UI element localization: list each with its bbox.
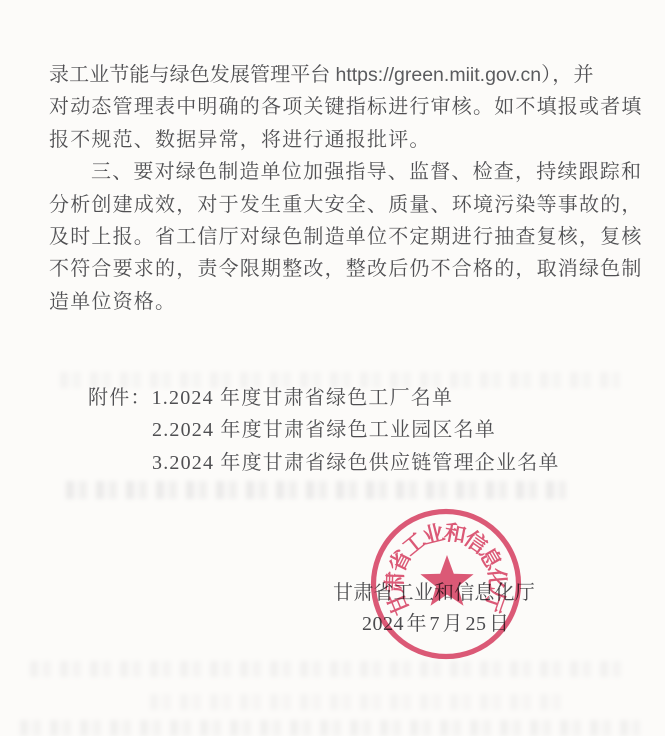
attachment-item: 2.2024 年度甘肃省绿色工业园区名单 <box>152 414 560 446</box>
attachment-item: 3.2024 年度甘肃省绿色供应链管理企业名单 <box>152 447 560 479</box>
body-line-2: 对动态管理表中明确的各项关键指标进行审核。如不填报或者填 <box>49 91 649 123</box>
body-line-4: 三、要对绿色制造单位加强指导、监督、检查，持续跟踪和 <box>49 156 649 188</box>
attachment-item: 1.2024 年度甘肃省绿色工厂名单 <box>152 387 454 409</box>
body-line-6: 及时上报。省工信厅对绿色制造单位不定期进行抽查复核，复核 <box>49 221 649 253</box>
issue-date: 2024 年 7 月 25 日 <box>362 607 510 636</box>
body-line-7: 不符合要求的，责令限期整改，整改后仍不合格的，取消绿色制 <box>49 253 649 285</box>
attachments-label: 附件： <box>88 387 152 409</box>
ink-bleed-smudge <box>20 720 640 736</box>
body-line-3: 报不规范、数据异常，将进行通报批评。 <box>49 124 649 156</box>
body-line-1-pre: 录工业节能与绿色发展管理平台 <box>49 64 336 86</box>
body-line-1: 录工业节能与绿色发展管理平台 https://green.miit.gov.cn… <box>49 59 649 91</box>
document-body: 录工业节能与绿色发展管理平台 https://green.miit.gov.cn… <box>49 59 649 318</box>
attachments-block: 附件：1.2024 年度甘肃省绿色工厂名单 2.2024 年度甘肃省绿色工业园区… <box>49 382 560 479</box>
body-line-5: 分析创建成效，对于发生重大安全、质量、环境污染等事故的， <box>49 189 649 221</box>
ink-bleed-smudge <box>150 694 570 710</box>
attachment-line-1: 附件：1.2024 年度甘肃省绿色工厂名单 <box>88 382 560 414</box>
ink-bleed-smudge <box>66 481 566 499</box>
body-line-8: 造单位资格。 <box>49 286 649 318</box>
issuer-name: 甘肃省工业和信息化厅 <box>333 576 535 605</box>
body-line-1-post: ），并 <box>541 64 595 86</box>
platform-url: https://green.miit.gov.cn <box>336 64 542 86</box>
ink-bleed-smudge <box>30 661 630 677</box>
scanned-document-page: 录工业节能与绿色发展管理平台 https://green.miit.gov.cn… <box>0 0 665 736</box>
